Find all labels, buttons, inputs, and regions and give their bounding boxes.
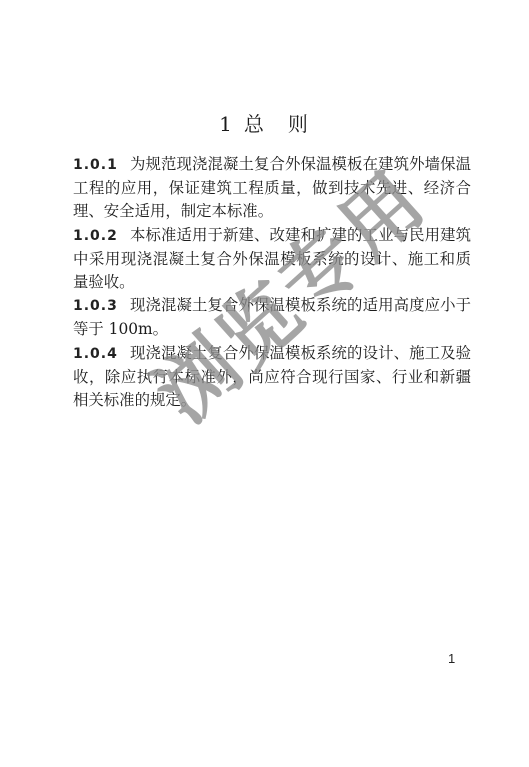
chapter-title: 1总则 <box>0 108 529 137</box>
clause-1-0-2: 1.0.2本标准适用于新建、改建和扩建的工业与民用建筑中采用现浇混凝土复合外保温… <box>73 224 471 295</box>
clause-1-0-4: 1.0.4现浇混凝土复合外保温模板系统的设计、施工及验收，除应执行本标准外，尚应… <box>73 342 471 413</box>
clause-number: 1.0.1 <box>73 157 118 173</box>
clause-text: 本标准适用于新建、改建和扩建的工业与民用建筑中采用现浇混凝土复合外保温模板系统的… <box>73 226 471 291</box>
document-page: 1总则 1.0.1为规范现浇混凝土复合外保温模板在建筑外墙保温工程的应用，保证建… <box>0 0 529 767</box>
clause-text: 为规范现浇混凝土复合外保温模板在建筑外墙保温工程的应用，保证建筑工程质量，做到技… <box>73 155 471 220</box>
page-number: 1 <box>448 651 455 666</box>
chapter-title-char-2: 则 <box>288 112 310 136</box>
chapter-body: 1.0.1为规范现浇混凝土复合外保温模板在建筑外墙保温工程的应用，保证建筑工程质… <box>73 153 471 412</box>
clause-text: 现浇混凝土复合外保温模板系统的适用高度应小于等于 100m。 <box>73 296 471 338</box>
clause-1-0-1: 1.0.1为规范现浇混凝土复合外保温模板在建筑外墙保温工程的应用，保证建筑工程质… <box>73 153 471 224</box>
clause-number: 1.0.3 <box>73 298 118 314</box>
chapter-number: 1 <box>219 112 234 136</box>
chapter-title-char-1: 总 <box>244 112 266 136</box>
clause-number: 1.0.2 <box>73 228 118 244</box>
clause-number: 1.0.4 <box>73 346 118 362</box>
clause-1-0-3: 1.0.3现浇混凝土复合外保温模板系统的适用高度应小于等于 100m。 <box>73 294 471 341</box>
clause-text: 现浇混凝土复合外保温模板系统的设计、施工及验收，除应执行本标准外，尚应符合现行国… <box>73 344 471 409</box>
